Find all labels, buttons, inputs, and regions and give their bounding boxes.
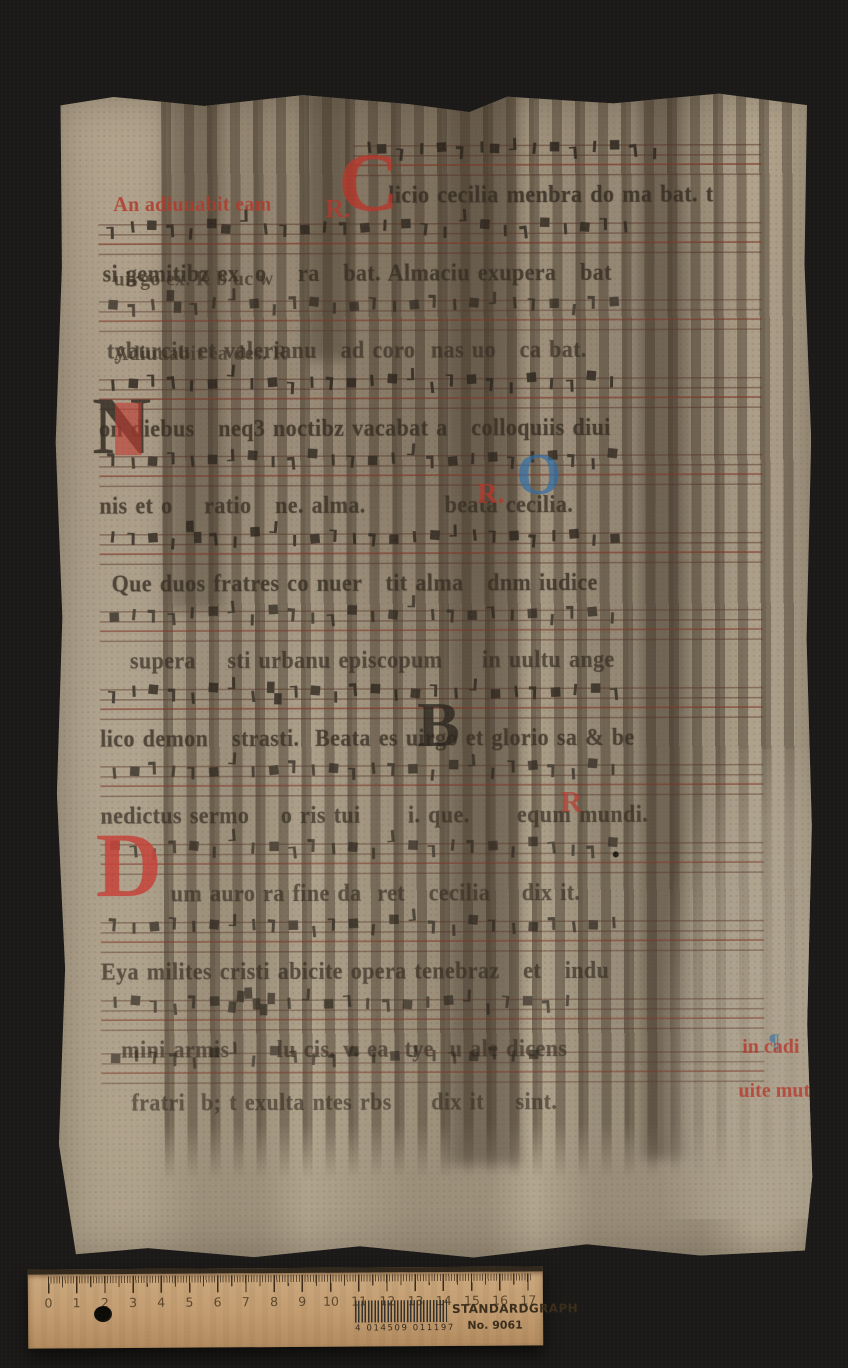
- initial-o-blue: O: [516, 450, 561, 499]
- photo-scene: An adiuuabit eam uirgo ex. R b uc w Adiu…: [0, 0, 848, 1368]
- ruler-model: No. 9061: [452, 1318, 538, 1332]
- cm-number: 7: [242, 1294, 250, 1309]
- barcode-bars: [355, 1300, 447, 1323]
- barcode-digits: 4 014509 011197: [355, 1323, 447, 1334]
- responsory-r-mark: R.: [477, 483, 504, 507]
- ruler: 01234567891011121314151617 4 014509 0111…: [28, 1266, 543, 1348]
- cm-number: 9: [298, 1294, 306, 1309]
- cm-number: 1: [73, 1295, 81, 1310]
- music-systems: ╻▪ ┒ ╻ ▪ ┓ ╻▪ ┚ ╻ ▪ ┒ ╻ ▪ ┓ ╻licio cecil…: [53, 89, 810, 92]
- cm-number: 4: [157, 1295, 165, 1310]
- cm-number: 3: [129, 1295, 137, 1310]
- red-fragment-1: in cadi: [742, 1039, 799, 1056]
- cm-number: 8: [270, 1294, 278, 1309]
- verse-r-mark: R: [560, 789, 582, 815]
- red-fragment-2: uite muti: [738, 1083, 815, 1100]
- ink-blot: ●: [612, 849, 621, 861]
- rubric-r-mark: R.: [325, 198, 350, 220]
- barcode: 4 014509 011197: [355, 1300, 447, 1335]
- manuscript-leaf: An adiuuabit eam uirgo ex. R b uc w Adiu…: [53, 89, 814, 1262]
- cm-number: 0: [44, 1295, 52, 1310]
- ruler-brand-block: STANDARDGRAPH No. 9061: [452, 1301, 538, 1332]
- cm-number: 6: [214, 1294, 222, 1309]
- initial-b-black: B: [417, 698, 460, 753]
- cm-number: 10: [323, 1294, 339, 1309]
- initials-layer: CR.N▮R.OBRD¶in cadiuite muti●: [53, 89, 814, 1262]
- ruler-hole: [94, 1306, 112, 1322]
- initial-d-red: D: [96, 826, 163, 904]
- initial-n-red-bar: ▮: [110, 397, 147, 453]
- cm-number: 5: [185, 1295, 193, 1310]
- ruler-brand: STANDARDGRAPH: [452, 1301, 538, 1316]
